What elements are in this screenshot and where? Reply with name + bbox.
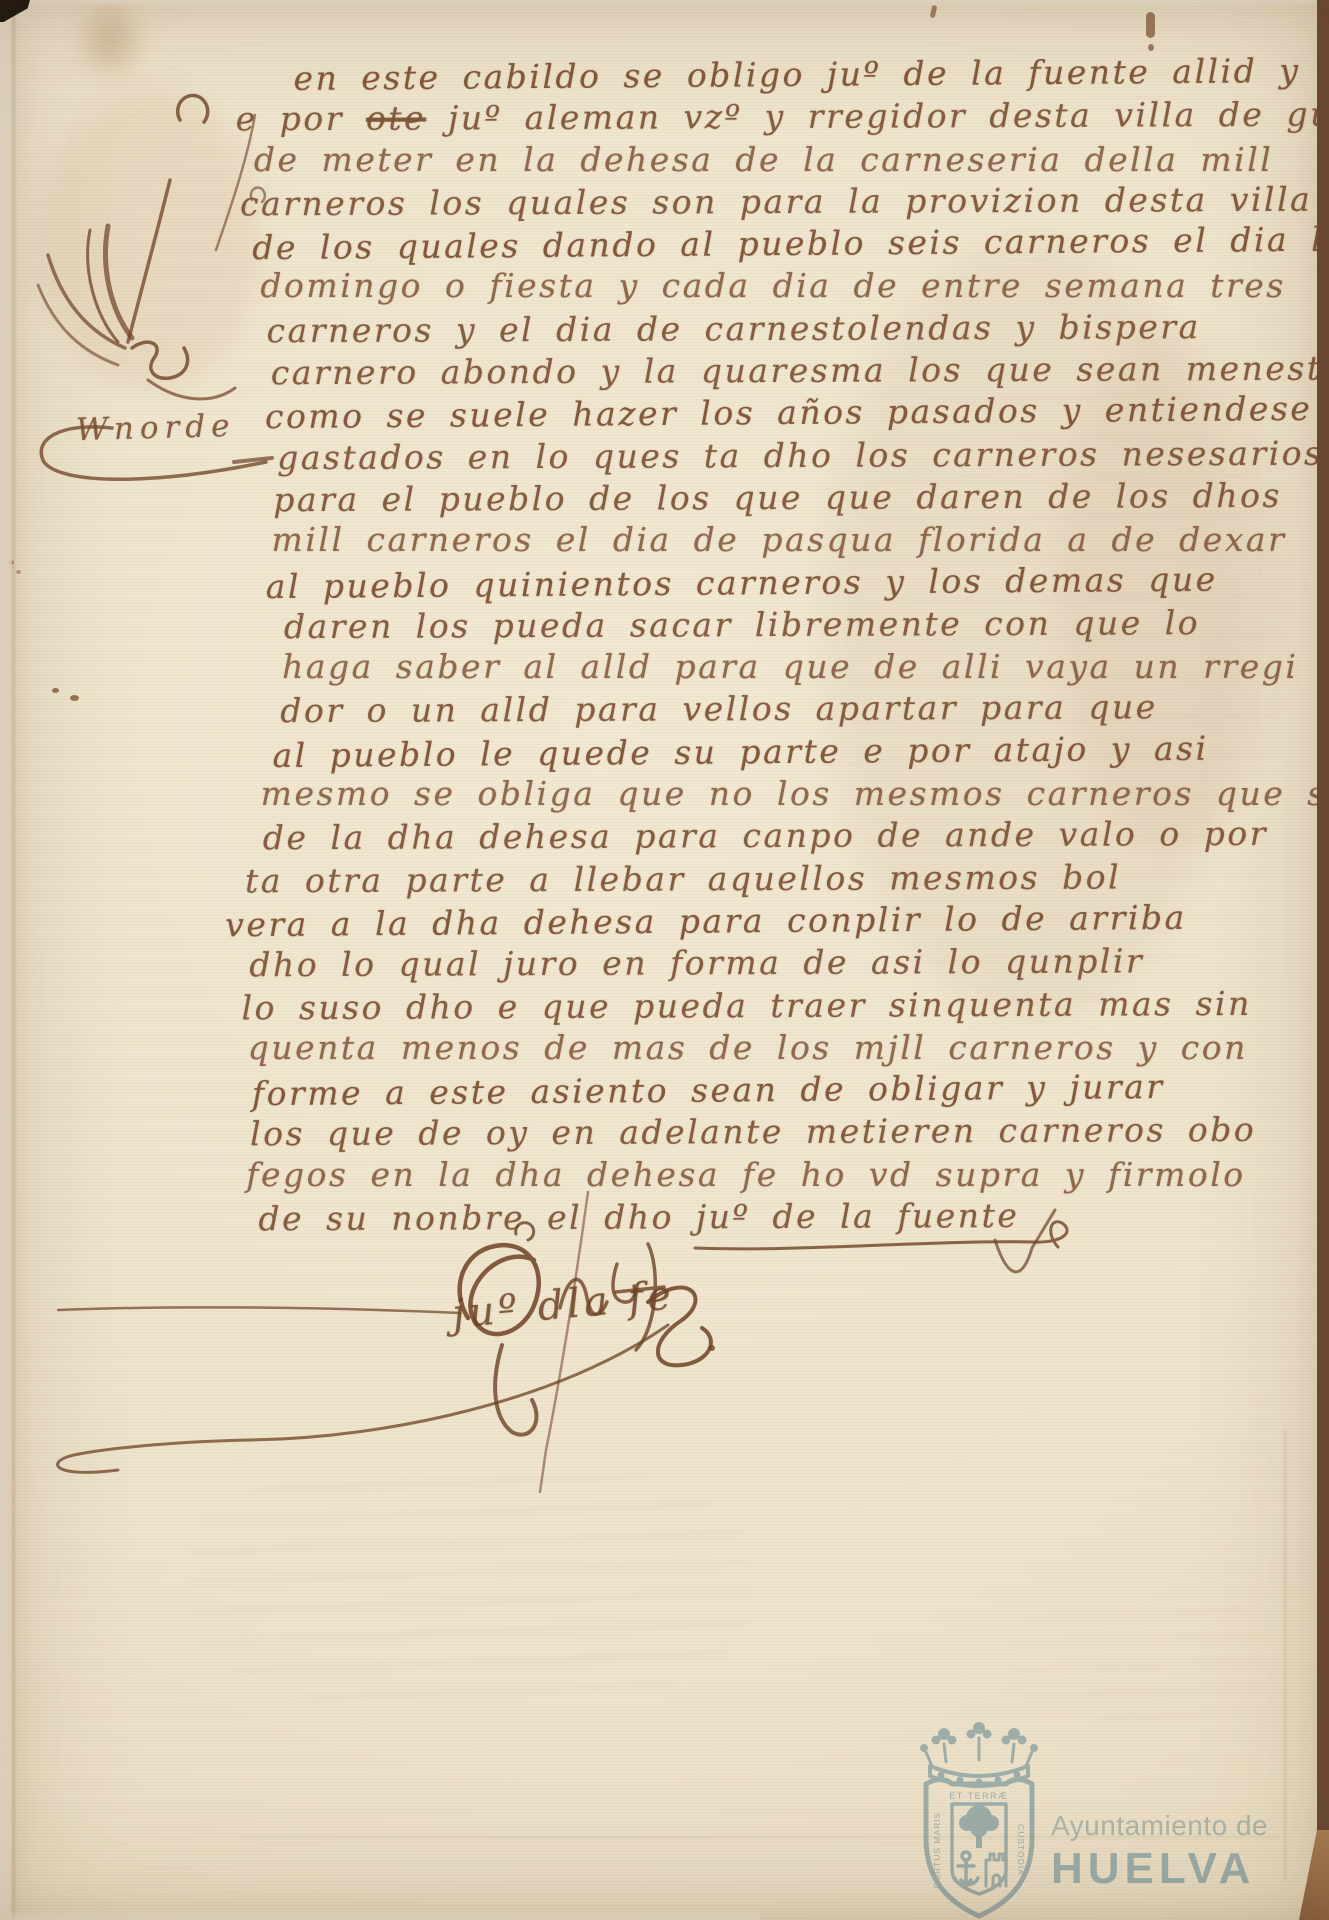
manuscript-line: ta otra parte a llebar aquellos mesmos b… <box>245 855 1323 902</box>
page-edge-bottom <box>0 1908 760 1920</box>
manuscript-line: dor o un alld para vellos apartar para q… <box>280 686 1322 733</box>
manuscript-line: haga saber al alld para que de alli vaya… <box>282 646 1322 688</box>
manuscript-line: mesmo se obliga que no los mesmos carner… <box>261 773 1323 815</box>
manuscript-line: al pueblo quinientos carneros y los dema… <box>266 557 1322 608</box>
page-edge-left <box>0 0 12 1920</box>
manuscript-line: carneros los quales son para la provizio… <box>240 179 1320 226</box>
ink-speck <box>16 570 21 574</box>
manuscript-text-block: en este cabildo se obligo juº de la fuen… <box>229 52 1324 1241</box>
ink-speck <box>70 695 79 701</box>
manuscript-line: dho lo qual juro en forma de asi lo qunp… <box>249 940 1323 987</box>
struck-word: ote <box>366 99 426 138</box>
paper-stain <box>86 10 134 70</box>
margin-annotation: Wnorde <box>76 408 236 448</box>
manuscript-line: mill carneros el dia de pasqua florida a… <box>272 519 1322 561</box>
manuscript-line: para el pueblo de los que que daren de l… <box>273 475 1321 522</box>
line-segment: juº aleman vzº y rregidor desta villa de… <box>426 95 1329 138</box>
ink-speck <box>52 688 59 693</box>
manuscript-line: gastados en lo ques ta dho los carneros … <box>277 432 1321 479</box>
showthrough-text-smudge <box>1010 1590 1270 1720</box>
manuscript-line: vera a la dha dehesa para conplir lo de … <box>225 896 1323 947</box>
huelva-wordmark: Ayuntamiento de HUELVA <box>1051 1810 1268 1894</box>
scan-background-corner <box>0 0 30 22</box>
page-crease-left <box>12 0 15 1920</box>
line-segment: e por <box>236 99 366 139</box>
page-edge-right <box>1317 0 1329 1920</box>
manuscript-line: de la dha dehesa para canpo de ande valo… <box>263 813 1323 860</box>
shield-motto-right: CUSTODIA <box>1016 1824 1026 1876</box>
page-crease-vertical <box>1284 1430 1286 1880</box>
manuscript-line: carneros y el dia de carnestolendas y bi… <box>267 305 1321 352</box>
manuscript-line: forme a este asiento sean de obligar y j… <box>252 1065 1324 1116</box>
manuscript-line: de meter en la dehesa de la carneseria d… <box>254 139 1320 181</box>
manuscript-line: lo suso dho e que pueda traer sinquenta … <box>241 982 1323 1029</box>
manuscript-page: Wnorde en este cabildo se obligo juº de … <box>0 0 1329 1920</box>
manuscript-line: carnero abondo y la quaresma los que sea… <box>271 348 1321 395</box>
manuscript-line: en este cabildo se obligo juº de la fuen… <box>293 50 1319 100</box>
wordmark-city: HUELVA <box>1051 1844 1268 1894</box>
shield-motto-left: PORTUS MARIS <box>932 1812 942 1889</box>
manuscript-line: de los quales dando al pueblo seis carne… <box>252 219 1320 270</box>
huelva-coat-of-arms-icon: ET TERRÆ PORTUS MARIS CUSTODIA <box>913 1720 1045 1920</box>
signature-flourish <box>0 1140 1329 1560</box>
shield-motto-top: ET TERRÆ <box>949 1791 1008 1801</box>
manuscript-line: e por ote juº aleman vzº y rregidor dest… <box>236 94 1320 141</box>
ink-blot <box>1146 12 1155 38</box>
manuscript-line: domingo o fiesta y cada dia de entre sem… <box>260 265 1320 307</box>
manuscript-line: daren los pueda sacar libremente con que… <box>284 601 1322 648</box>
tree-charge <box>959 1805 999 1848</box>
anchor-charge <box>954 1852 978 1886</box>
manuscript-line: al pueblo le quede su parte e por atajo … <box>272 727 1322 778</box>
manuscript-line: como se suele hazer los años pasados y e… <box>265 388 1321 439</box>
page-edge-top <box>0 0 1329 7</box>
manuscript-line: quenta menos de mas de los mjll carneros… <box>248 1027 1324 1069</box>
ink-speck <box>1148 44 1154 51</box>
huelva-watermark: ET TERRÆ PORTUS MARIS CUSTODIA Ayuntamie… <box>903 1712 1329 1917</box>
page-crease-horizontal <box>240 1836 1280 1838</box>
